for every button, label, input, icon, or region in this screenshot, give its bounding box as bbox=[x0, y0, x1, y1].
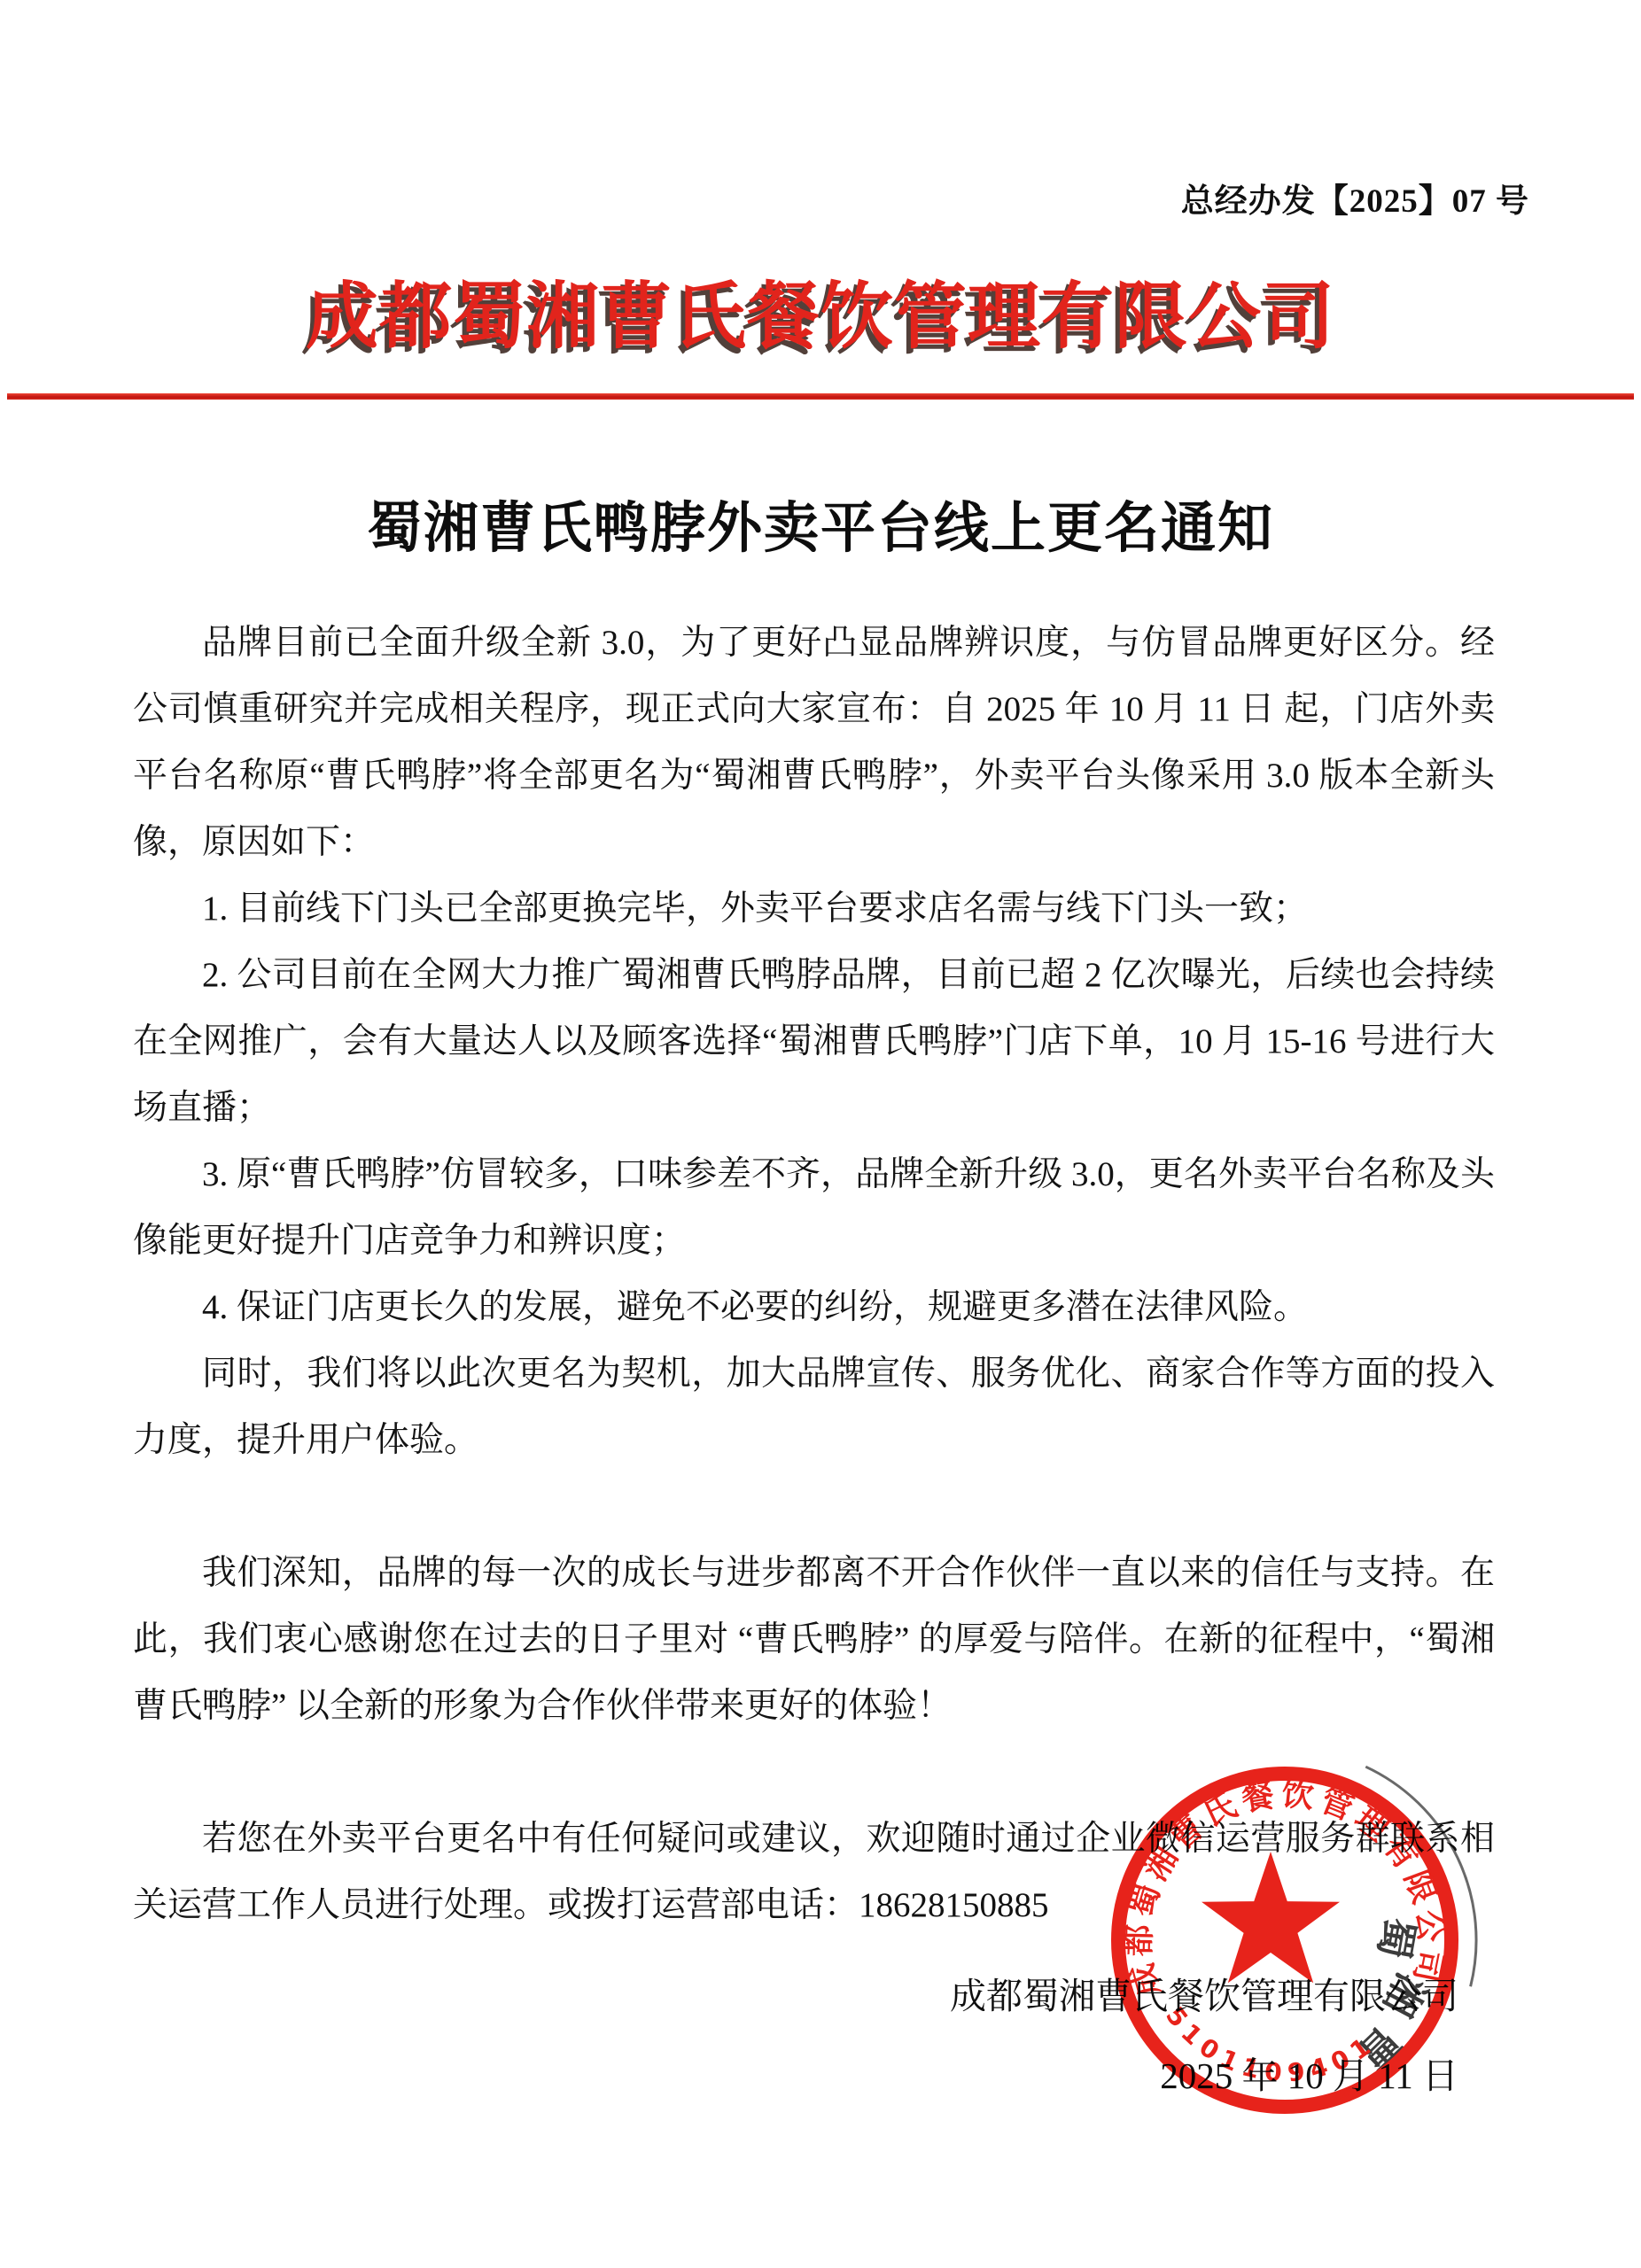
letterhead-divider-rule bbox=[7, 393, 1634, 400]
doc-number: 总经办发【2025】07 号 bbox=[1181, 174, 1529, 221]
paragraph-intro: 品牌目前已全面升级全新 3.0，为了更好凸显品牌辨识度，与仿冒品牌更好区分。经公… bbox=[133, 610, 1495, 875]
paragraph-commitment: 同时，我们将以此次更名为契机，加大品牌宣传、服务优化、商家合作等方面的投入力度，… bbox=[133, 1340, 1495, 1473]
official-seal: 蜀 湘 曹 成都蜀湘曹氏餐饮管理有限公司 5101109401 bbox=[1070, 1726, 1499, 2155]
paragraph-reason-4: 4. 保证门店更长久的发展，避免不必要的纠纷，规避更多潜在法律风险。 bbox=[133, 1274, 1495, 1340]
paragraph-reason-2: 2. 公司目前在全网大力推广蜀湘曹氏鸭脖品牌，目前已超 2 亿次曝光，后续也会持… bbox=[133, 942, 1495, 1141]
paragraph-reason-1: 1. 目前线下门头已全部更换完毕，外卖平台要求店名需与线下门头一致； bbox=[133, 875, 1495, 942]
notice-document: 总经办发【2025】07 号 成都蜀湘曹氏餐饮管理有限公司 蜀湘曹氏鸭脖外卖平台… bbox=[0, 0, 1641, 2268]
paragraph-reason-3: 3. 原“曹氏鸭脖”仿冒较多，口味参差不齐，品牌全新升级 3.0，更名外卖平台名… bbox=[133, 1141, 1495, 1274]
seal-star-icon bbox=[1202, 1852, 1340, 1983]
company-letterhead-title: 成都蜀湘曹氏餐饮管理有限公司 bbox=[0, 259, 1641, 362]
notice-title: 蜀湘曹氏鸭脖外卖平台线上更名通知 bbox=[0, 484, 1641, 563]
paragraph-thanks: 我们深知，品牌的每一次的成长与进步都离不开合作伙伴一直以来的信任与支持。在此，我… bbox=[133, 1540, 1495, 1739]
